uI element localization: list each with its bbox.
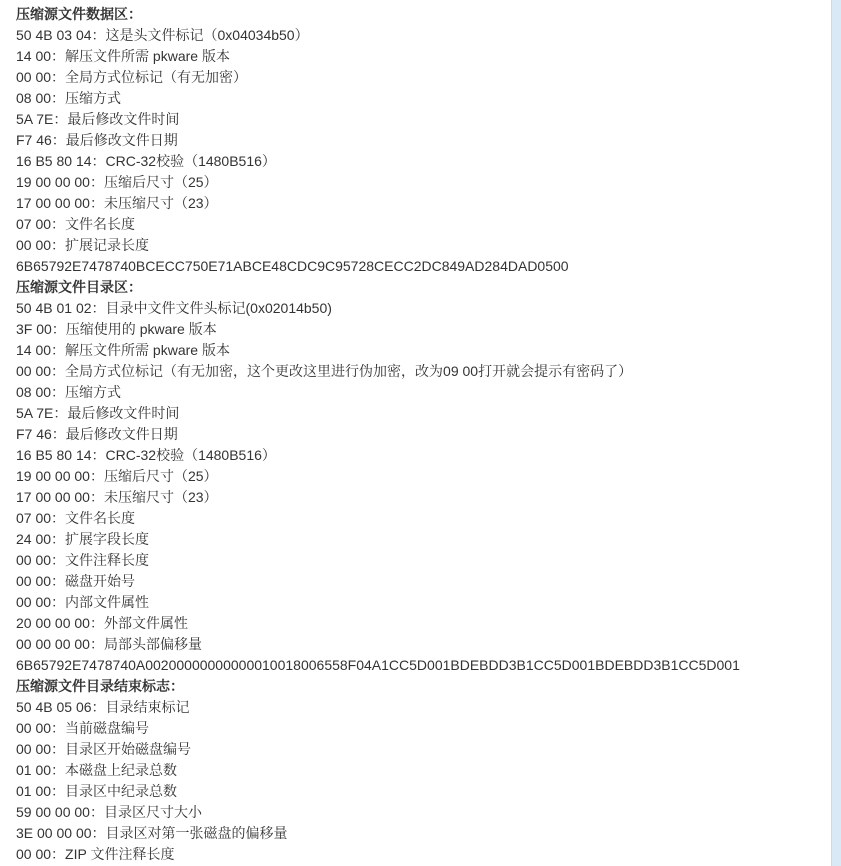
hex-line: 19 00 00 00：压缩后尺寸（25） bbox=[16, 466, 815, 487]
section-directory-area: 压缩源文件目录区： 50 4B 01 02：目录中文件文件头标记(0x02014… bbox=[16, 277, 815, 676]
hex-line: 19 00 00 00：压缩后尺寸（25） bbox=[16, 172, 815, 193]
hex-line: 14 00：解压文件所需 pkware 版本 bbox=[16, 340, 815, 361]
hex-line: F7 46：最后修改文件日期 bbox=[16, 424, 815, 445]
hex-line: 3F 00：压缩使用的 pkware 版本 bbox=[16, 319, 815, 340]
section-end-of-directory: 压缩源文件目录结束标志： 50 4B 05 06：目录结束标记 00 00：当前… bbox=[16, 676, 815, 865]
hex-line: 3E 00 00 00：目录区对第一张磁盘的偏移量 bbox=[16, 823, 815, 844]
section-data-area: 压缩源文件数据区： 50 4B 03 04：这是头文件标记（0x04034b50… bbox=[16, 4, 815, 277]
right-gutter bbox=[831, 0, 841, 866]
hex-line: F7 46：最后修改文件日期 bbox=[16, 130, 815, 151]
hex-line: 00 00：ZIP 文件注释长度 bbox=[16, 844, 815, 865]
hex-dump-line: 6B65792E7478740A002000000000000100180065… bbox=[16, 655, 815, 676]
hex-line: 50 4B 01 02：目录中文件文件头标记(0x02014b50) bbox=[16, 298, 815, 319]
hex-line: 17 00 00 00：未压缩尺寸（23） bbox=[16, 487, 815, 508]
hex-line: 00 00：当前磁盘编号 bbox=[16, 718, 815, 739]
hex-line: 00 00：磁盘开始号 bbox=[16, 571, 815, 592]
hex-line: 00 00：全局方式位标记（有无加密，这个更改这里进行伪加密，改为09 00打开… bbox=[16, 361, 815, 382]
hex-line: 24 00：扩展字段长度 bbox=[16, 529, 815, 550]
section-heading: 压缩源文件目录结束标志： bbox=[16, 676, 815, 697]
article-body: 压缩源文件数据区： 50 4B 03 04：这是头文件标记（0x04034b50… bbox=[16, 4, 815, 865]
hex-dump-line: 6B65792E7478740BCECC750E71ABCE48CDC9C957… bbox=[16, 256, 815, 277]
hex-line: 16 B5 80 14：CRC-32校验（1480B516） bbox=[16, 151, 815, 172]
hex-line: 20 00 00 00：外部文件属性 bbox=[16, 613, 815, 634]
hex-line: 08 00：压缩方式 bbox=[16, 382, 815, 403]
hex-line: 08 00：压缩方式 bbox=[16, 88, 815, 109]
hex-line: 14 00：解压文件所需 pkware 版本 bbox=[16, 46, 815, 67]
hex-line: 00 00：扩展记录长度 bbox=[16, 235, 815, 256]
hex-line: 16 B5 80 14：CRC-32校验（1480B516） bbox=[16, 445, 815, 466]
hex-line: 07 00：文件名长度 bbox=[16, 214, 815, 235]
hex-line: 00 00：文件注释长度 bbox=[16, 550, 815, 571]
hex-line: 00 00：内部文件属性 bbox=[16, 592, 815, 613]
hex-line: 07 00：文件名长度 bbox=[16, 508, 815, 529]
hex-line: 59 00 00 00：目录区尺寸大小 bbox=[16, 802, 815, 823]
hex-line: 50 4B 03 04：这是头文件标记（0x04034b50） bbox=[16, 25, 815, 46]
hex-line: 00 00：目录区开始磁盘编号 bbox=[16, 739, 815, 760]
section-heading: 压缩源文件目录区： bbox=[16, 277, 815, 298]
hex-line: 01 00：本磁盘上纪录总数 bbox=[16, 760, 815, 781]
hex-line: 00 00 00 00：局部头部偏移量 bbox=[16, 634, 815, 655]
hex-line: 5A 7E：最后修改文件时间 bbox=[16, 403, 815, 424]
hex-line: 01 00：目录区中纪录总数 bbox=[16, 781, 815, 802]
section-heading: 压缩源文件数据区： bbox=[16, 4, 815, 25]
hex-line: 17 00 00 00：未压缩尺寸（23） bbox=[16, 193, 815, 214]
hex-line: 50 4B 05 06：目录结束标记 bbox=[16, 697, 815, 718]
hex-line: 00 00：全局方式位标记（有无加密） bbox=[16, 67, 815, 88]
hex-line: 5A 7E：最后修改文件时间 bbox=[16, 109, 815, 130]
